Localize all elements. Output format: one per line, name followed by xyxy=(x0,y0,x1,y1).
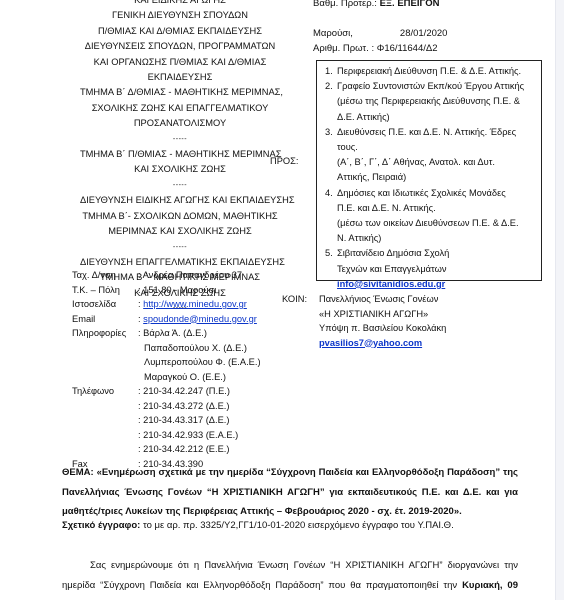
header-line: ΠΡΟΣΑΝΑΤΟΛΙΣΜΟΥ xyxy=(80,116,280,131)
header-line: ΔΙΕΥΘΥΝΣΗ ΕΙΔΙΚΗΣ ΑΓΩΓΗΣ ΚΑΙ ΕΚΠΑΙΔΕΥΣΗΣ xyxy=(80,193,280,208)
body-line: Σας ενημερώνουμε ότι η Πανελλήνια Ένωση … xyxy=(62,556,518,576)
header-line: ΤΜΗΜΑ Β΄ Δ/ΘΜΙΑΣ - ΜΑΘΗΤΙΚΗΣ ΜΕΡΙΜΝΑΣ, xyxy=(80,85,280,100)
date-protocol-block: Μαρούσι,28/01/2020 Αριθμ. Πρωτ. : Φ16/11… xyxy=(313,26,447,56)
header-line: ΔΙΕΥΘΥΝΣΕΙΣ ΣΠΟΥΔΩΝ, ΠΡΟΓΡΑΜΜΑΤΩΝ xyxy=(80,39,280,54)
address-label: Ταχ. Δ/νση xyxy=(72,268,138,283)
header-line: ΕΚΠΑΙΔΕΥΣΗΣ xyxy=(80,70,280,85)
header-line: Π/ΘΜΙΑΣ ΚΑΙ Δ/ΘΜΙΑΣ ΕΚΠΑΙΔΕΥΣΗΣ xyxy=(80,24,280,39)
info-person: : Βάρλα Ά. (Δ.Ε.) xyxy=(138,326,207,341)
address-value: : Ανδρέα Παπανδρέου 37 xyxy=(138,268,242,283)
email-label: Email xyxy=(72,312,138,327)
subject-line: ΘΕΜΑ: «Ενημέρωση σχετικά με την ημερίδα … xyxy=(62,463,518,483)
cc-line: Υπόψη π. Βασιλείου Κοκολάκη xyxy=(319,321,446,336)
phone-number: : 210-34.42.247 (Π.Ε.) xyxy=(138,384,230,399)
header-separator: ----- xyxy=(80,132,280,147)
header-line: ΣΧΟΛΙΚΗΣ ΖΩΗΣ ΚΑΙ ΕΠΑΓΓΕΛΜΑΤΙΚΟΥ xyxy=(80,101,280,116)
subject-block: ΘΕΜΑ: «Ενημέρωση σχετικά με την ημερίδα … xyxy=(62,463,518,522)
viewer-edge xyxy=(555,0,564,600)
header-line: ΚΑΙ ΣΧΟΛΙΚΗΣ ΖΩΗΣ xyxy=(80,162,280,177)
place: Μαρούσι, xyxy=(313,28,353,39)
subject-line: Πανελλήνιας Ένωσης Γονέων “Η ΧΡΙΣΤΙΑΝΙΚΗ… xyxy=(62,483,518,503)
header-line: ΤΜΗΜΑ Β΄- ΣΧΟΛΙΚΩΝ ΔΟΜΩΝ, ΜΑΘΗΤΙΚΗΣ xyxy=(80,209,280,224)
header-line: ΤΜΗΜΑ Β΄ Π/ΘΜΙΑΣ - ΜΑΘΗΤΙΚΗΣ ΜΕΡΙΜΝΑΣ xyxy=(80,147,280,162)
priority-label: Βαθμ. Προτερ.: xyxy=(313,0,377,9)
phone-number: : 210-34.42.212 (Ε.Ε.) xyxy=(138,442,229,457)
info-label: Πληροφορίες xyxy=(72,326,138,341)
protocol-label: Αριθμ. Πρωτ. : xyxy=(313,43,374,54)
recipient-item: 4. Δημόσιες και Ιδιωτικές Σχολικές Μονάδ… xyxy=(325,186,537,247)
header-separator: ----- xyxy=(80,178,280,193)
header-line: ΚΑΙ ΟΡΓΑΝΩΣΗΣ Π/ΘΜΙΑΣ ΚΑΙ Δ/ΘΜΙΑΣ xyxy=(80,55,280,70)
contact-email-link[interactable]: spoudonde@minedu.gov.gr xyxy=(143,314,257,324)
related-label: Σχετικό έγγραφο: xyxy=(62,520,140,531)
header-line: ΜΕΡΙΜΝΑΣ ΚΑΙ ΣΧΟΛΙΚΗΣ ΖΩΗΣ xyxy=(80,224,280,239)
recipient-item: 3. Διευθύνσεις Π.Ε. και Δ.Ε. Ν. Αττικής.… xyxy=(325,125,537,186)
zip-value: : 151 80 - Μαρούσι xyxy=(138,283,216,298)
cc-email-link[interactable]: pvasilios7@yahoo.com xyxy=(319,338,422,348)
date: 28/01/2020 xyxy=(400,28,448,39)
recipients-list: 1. Περιφερειακή Διεύθυνση Π.Ε. & Δ.Ε. Ατ… xyxy=(325,64,537,292)
sivitanidios-email-link[interactable]: info@sivitanidios.edu.gr xyxy=(337,279,445,289)
header-line: ΚΑΙ ΕΙΔΙΚΗΣ ΑΓΩΓΗΣ xyxy=(80,0,280,8)
subject-line: μαθητές/τριες Λυκείων της Περιφέρειας Ατ… xyxy=(62,502,518,522)
cc-line: «Η ΧΡΙΣΤΙΑΝΙΚΗ ΑΓΩΓΗ» xyxy=(319,307,446,322)
header-separator: ----- xyxy=(80,240,280,255)
recipient-item: 5. Σιβιτανίδειο Δημόσια Σχολή Τεχνών και… xyxy=(325,246,537,292)
recipient-item: 2. Γραφείο Συντονιστών Εκπ/κού Έργου Αττ… xyxy=(325,79,537,125)
website-label: Ιστοσελίδα xyxy=(72,297,138,312)
info-person: Παπαδοπούλου Χ. (Δ.Ε.) xyxy=(138,341,247,356)
cc-label: ΚΟΙΝ: xyxy=(282,294,307,304)
priority-value: ΕΞ. ΕΠΕΙΓΟΝ xyxy=(380,0,440,9)
event-date-bold: Κυριακή, 09 xyxy=(462,580,518,591)
header-line: ΓΕΝΙΚΗ ΔΙΕΥΘΥΝΣΗ ΣΠΟΥΔΩΝ xyxy=(80,8,280,23)
recipients-label: ΠΡΟΣ: xyxy=(270,156,298,166)
phone-label: Τηλέφωνο xyxy=(72,384,138,399)
body-line: ημερίδα “Σύγχρονη Παιδεία και Ελληνορθόδ… xyxy=(62,576,518,596)
recipients-box: 1. Περιφερειακή Διεύθυνση Π.Ε. & Δ.Ε. Ατ… xyxy=(316,60,542,281)
cc-line: Πανελλήνιος Ένωσις Γονέων xyxy=(319,292,446,307)
recipient-item: 1. Περιφερειακή Διεύθυνση Π.Ε. & Δ.Ε. Ατ… xyxy=(325,64,537,79)
related-document: Σχετικό έγγραφο: το με αρ. πρ. 3325/Υ2,Γ… xyxy=(62,520,454,531)
zip-label: Τ.Κ. – Πόλη xyxy=(72,283,138,298)
phone-number: : 210-34.43.317 (Δ.Ε.) xyxy=(138,413,230,428)
related-text: το με αρ. πρ. 3325/Υ2,ΓΓ1/10-01-2020 εισ… xyxy=(140,520,453,531)
priority-line: Βαθμ. Προτερ.: ΕΞ. ΕΠΕΙΓΟΝ xyxy=(313,0,439,9)
document-page: ΚΑΙ ΕΙΔΙΚΗΣ ΑΓΩΓΗΣ ΓΕΝΙΚΗ ΔΙΕΥΘΥΝΣΗ ΣΠΟΥ… xyxy=(0,0,556,600)
body-text: Σας ενημερώνουμε ότι η Πανελλήνια Ένωση … xyxy=(62,556,518,595)
phone-number: : 210-34.43.272 (Δ.Ε.) xyxy=(138,399,230,414)
website-link[interactable]: http://www.minedu.gov.gr xyxy=(143,299,247,309)
phone-number: : 210-34.42.933 (Ε.Α.Ε.) xyxy=(138,428,238,443)
contact-details: Ταχ. Δ/νση: Ανδρέα Παπανδρέου 37 Τ.Κ. – … xyxy=(72,268,261,471)
cc-block: Πανελλήνιος Ένωσις Γονέων «Η ΧΡΙΣΤΙΑΝΙΚΗ… xyxy=(319,292,446,350)
info-person: Λυμπεροπούλου Φ. (Ε.Α.Ε.) xyxy=(138,355,261,370)
protocol-number: Φ16/11644/Δ2 xyxy=(377,43,438,54)
info-person: Μαραγκού Ο. (Ε.Ε.) xyxy=(138,370,226,385)
